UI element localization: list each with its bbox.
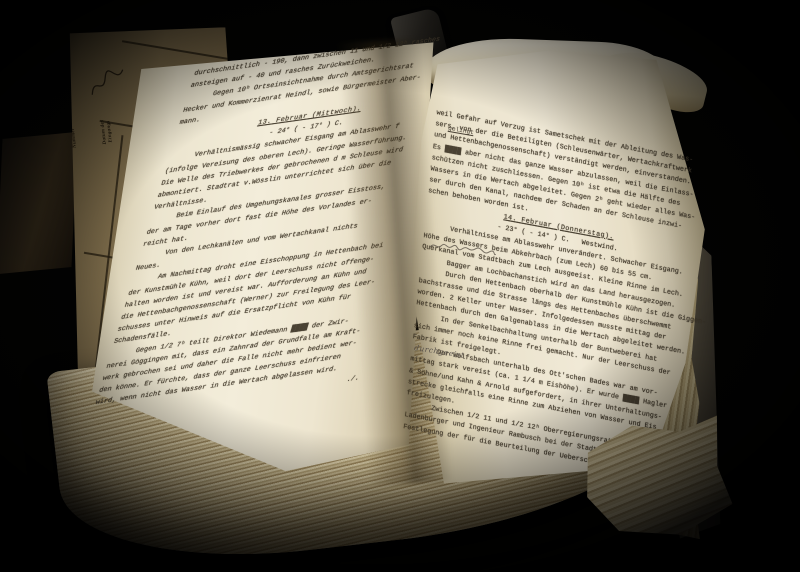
photograph-of-bound-typescript: Laufende Nummer Datum des Eingangs durch… [0, 0, 800, 572]
handwritten-mark [84, 63, 132, 103]
handwritten-mark-stroke [87, 67, 127, 95]
